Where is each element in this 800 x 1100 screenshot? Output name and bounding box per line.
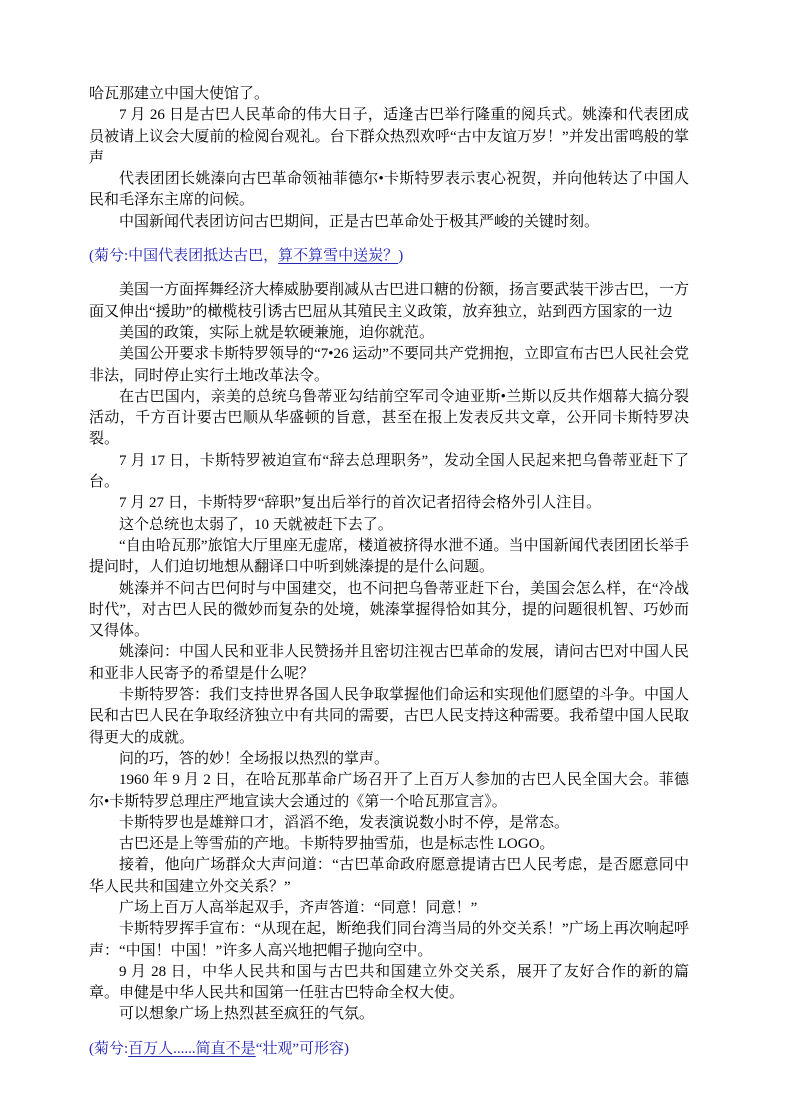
paragraph: 卡斯特罗也是雄辩口才，滔滔不绝，发表演说数小时不停，是常态。 bbox=[89, 813, 689, 834]
paragraph: “自由哈瓦那”旅馆大厅里座无虚席，楼道被挤得水泄不通。当中国新闻代表团团长举手提… bbox=[89, 536, 689, 579]
paragraph: 代表团团长姚溱向古巴革命领袖菲德尔•卡斯特罗表示衷心祝贺，并向他转达了中国人民和… bbox=[89, 169, 689, 212]
paragraph: 可以想象广场上热烈甚至疯狂的气氛。 bbox=[89, 1004, 689, 1025]
paragraph: 美国公开要求卡斯特罗领导的“7•26 运动”不要同共产党拥抱，立即宣布古巴人民社… bbox=[89, 344, 689, 387]
paragraph: 7 月 27 日，卡斯特罗“辞职”复出后举行的首次记者招待会格外引人注目。 bbox=[89, 493, 689, 514]
paragraph: 古巴还是上等雪茄的产地。卡斯特罗抽雪茄，也是标志性 LOGO。 bbox=[89, 834, 689, 855]
paragraph: 美国的政策，实际上就是软硬兼施，迫你就范。 bbox=[89, 323, 689, 344]
paragraph: 9 月 28 日，中华人民共和国与古巴共和国建立外交关系，展开了友好合作的新的篇… bbox=[89, 962, 689, 1005]
annotation-text: (菊兮:中国代表团抵达古巴， bbox=[89, 248, 278, 264]
document-body: 哈瓦那建立中国大使馆了。7 月 26 日是古巴人民革命的伟大日子，适逢古巴举行隆… bbox=[89, 84, 689, 1060]
annotation: (菊兮:中国代表团抵达古巴，算不算雪中送炭？) bbox=[89, 246, 689, 267]
paragraph: 1960 年 9 月 2 日，在哈瓦那革命广场召开了上百万人参加的古巴人民全国大… bbox=[89, 770, 689, 813]
paragraph: 姚溱并不问古巴何时与中国建交，也不问把乌鲁蒂亚赶下台，美国会怎么样，在“冷战时代… bbox=[89, 579, 689, 643]
paragraph: 7 月 17 日，卡斯特罗被迫宣布“辞去总理职务”，发动全国人民起来把乌鲁蒂亚赶… bbox=[89, 451, 689, 494]
paragraph: 中国新闻代表团访问古巴期间，正是古巴革命处于极其严峻的关键时刻。 bbox=[89, 212, 689, 233]
paragraph: 在古巴国内，亲美的总统乌鲁蒂亚勾结前空军司令迪亚斯•兰斯以反共作烟幕大搞分裂活动… bbox=[89, 387, 689, 451]
annotation-underlined-text: 百万人......简直不是 bbox=[128, 1041, 256, 1057]
paragraph: 问的巧，答的妙！全场报以热烈的掌声。 bbox=[89, 749, 689, 770]
annotation-underlined-text: 算不算雪中送炭？ bbox=[278, 248, 398, 264]
annotation: (菊兮:百万人......简直不是“壮观”可形容) bbox=[89, 1039, 689, 1060]
paragraph: 姚溱问：中国人民和亚非人民赞扬并且密切注视古巴革命的发展，请问古巴对中国人民和亚… bbox=[89, 642, 689, 685]
paragraph: 这个总统也太弱了，10 天就被赶下去了。 bbox=[89, 515, 689, 536]
paragraph: 卡斯特罗挥手宣布：“从现在起，断绝我们同台湾当局的外交关系！”广场上再次响起呼声… bbox=[89, 919, 689, 962]
paragraph: 7 月 26 日是古巴人民革命的伟大日子，适逢古巴举行隆重的阅兵式。姚溱和代表团… bbox=[89, 105, 689, 169]
annotation-text: “壮观”可形容) bbox=[256, 1041, 349, 1057]
document-page: 哈瓦那建立中国大使馆了。7 月 26 日是古巴人民革命的伟大日子，适逢古巴举行隆… bbox=[0, 0, 800, 1100]
annotation-text: (菊兮: bbox=[89, 1041, 128, 1057]
paragraph: 广场上百万人高举起双手，齐声答道：“同意！同意！” bbox=[89, 898, 689, 919]
paragraph: 卡斯特罗答：我们支持世界各国人民争取掌握他们命运和实现他们愿望的斗争。中国人民和… bbox=[89, 685, 689, 749]
paragraph: 哈瓦那建立中国大使馆了。 bbox=[89, 84, 689, 105]
paragraph: 美国一方面挥舞经济大棒威胁要削减从古巴进口糖的份额，扬言要武装干涉古巴，一方面又… bbox=[89, 280, 689, 323]
annotation-text: ) bbox=[398, 248, 403, 264]
paragraph: 接着，他向广场群众大声问道：“古巴革命政府愿意提请古巴人民考虑，是否愿意同中华人… bbox=[89, 855, 689, 898]
